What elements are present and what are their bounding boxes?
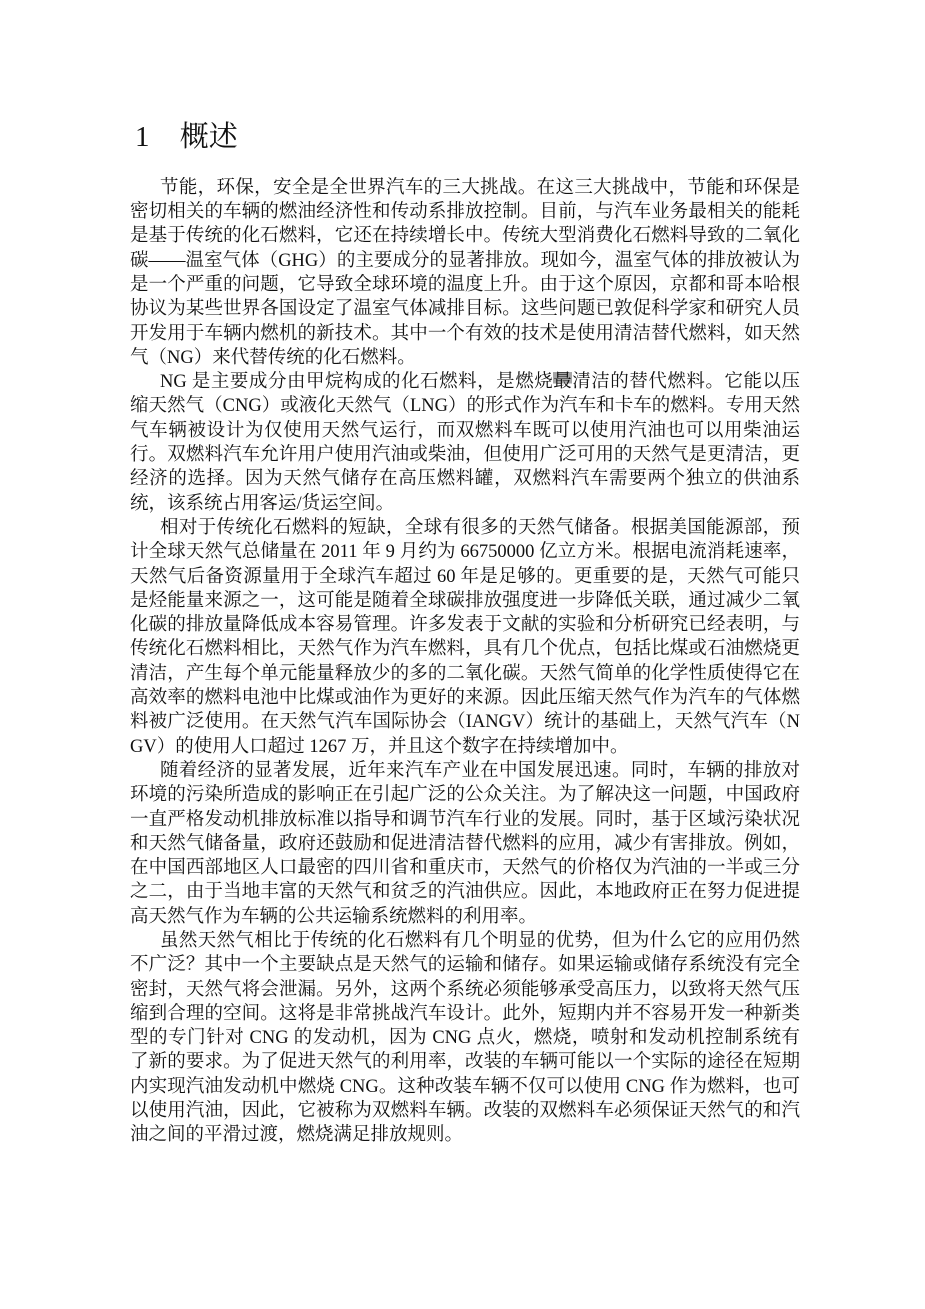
section-number: 1 xyxy=(135,120,150,155)
document-page: 1 概述 节能，环保，安全是全世界汽车的三大挑战。在这三大挑战中，节能和环保是密… xyxy=(0,0,925,1309)
body-text: 节能，环保，安全是全世界汽车的三大挑战。在这三大挑战中，节能和环保是密切相关的车… xyxy=(130,176,800,1148)
document-content: 1 概述 节能，环保，安全是全世界汽车的三大挑战。在这三大挑战中，节能和环保是密… xyxy=(130,120,800,1148)
section-heading: 1 概述 xyxy=(135,120,800,155)
paragraph-2-after: 清洁的替代燃料。它能以压缩天然气（CNG）或液化天然气（LNG）的形式作为汽车和… xyxy=(130,372,800,513)
highlighted-char: 最 xyxy=(553,372,572,392)
paragraph-2: NG 是主要成分由甲烷构成的化石燃料，是燃烧最清洁的替代燃料。它能以压缩天然气（… xyxy=(130,370,800,516)
paragraph-2-before: NG 是主要成分由甲烷构成的化石燃料，是燃烧 xyxy=(160,372,553,392)
section-title: 概述 xyxy=(180,120,238,155)
paragraph-3: 相对于传统化石燃料的短缺，全球有很多的天然气储备。根据美国能源部，预计全球天然气… xyxy=(130,516,800,759)
paragraph-5: 虽然天然气相比于传统的化石燃料有几个明显的优势，但为什么它的应用仍然不广泛？其中… xyxy=(130,929,800,1148)
paragraph-1: 节能，环保，安全是全世界汽车的三大挑战。在这三大挑战中，节能和环保是密切相关的车… xyxy=(130,176,800,370)
paragraph-4: 随着经济的显著发展，近年来汽车产业在中国发展迅速。同时，车辆的排放对环境的污染所… xyxy=(130,759,800,929)
